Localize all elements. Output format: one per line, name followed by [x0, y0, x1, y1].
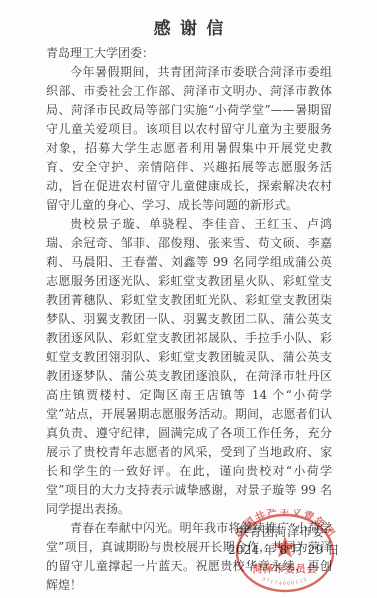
official-seal: 中国共产主义青年团 菏泽市委员会 37174000123 — [229, 509, 345, 598]
scanned-letter-page: 感谢信 青岛理工大学团委： 今年暑假期间，共青团菏泽市委联合菏泽市委组织部、市委… — [0, 0, 377, 598]
seal-ring-text: 中国共产主义青年团 — [232, 509, 338, 540]
paragraph-2: 贵校景子璇、单骁程、李佳音、王红玉、卢鸿瑞、余冠奇、邹菲、邵俊翔、张来雪、苟文硕… — [46, 215, 332, 519]
paragraph-1: 今年暑假期间，共青团菏泽市委联合菏泽市委组织部、市委社会工作部、菏泽市文明办、菏… — [46, 63, 332, 215]
star-icon — [274, 536, 297, 558]
salutation: 青岛理工大学团委： — [46, 44, 332, 63]
letter-title: 感谢信 — [0, 0, 377, 39]
seal-name-text: 菏泽市委员会 — [252, 563, 318, 576]
seal-code-text: 37174000123 — [261, 576, 309, 587]
